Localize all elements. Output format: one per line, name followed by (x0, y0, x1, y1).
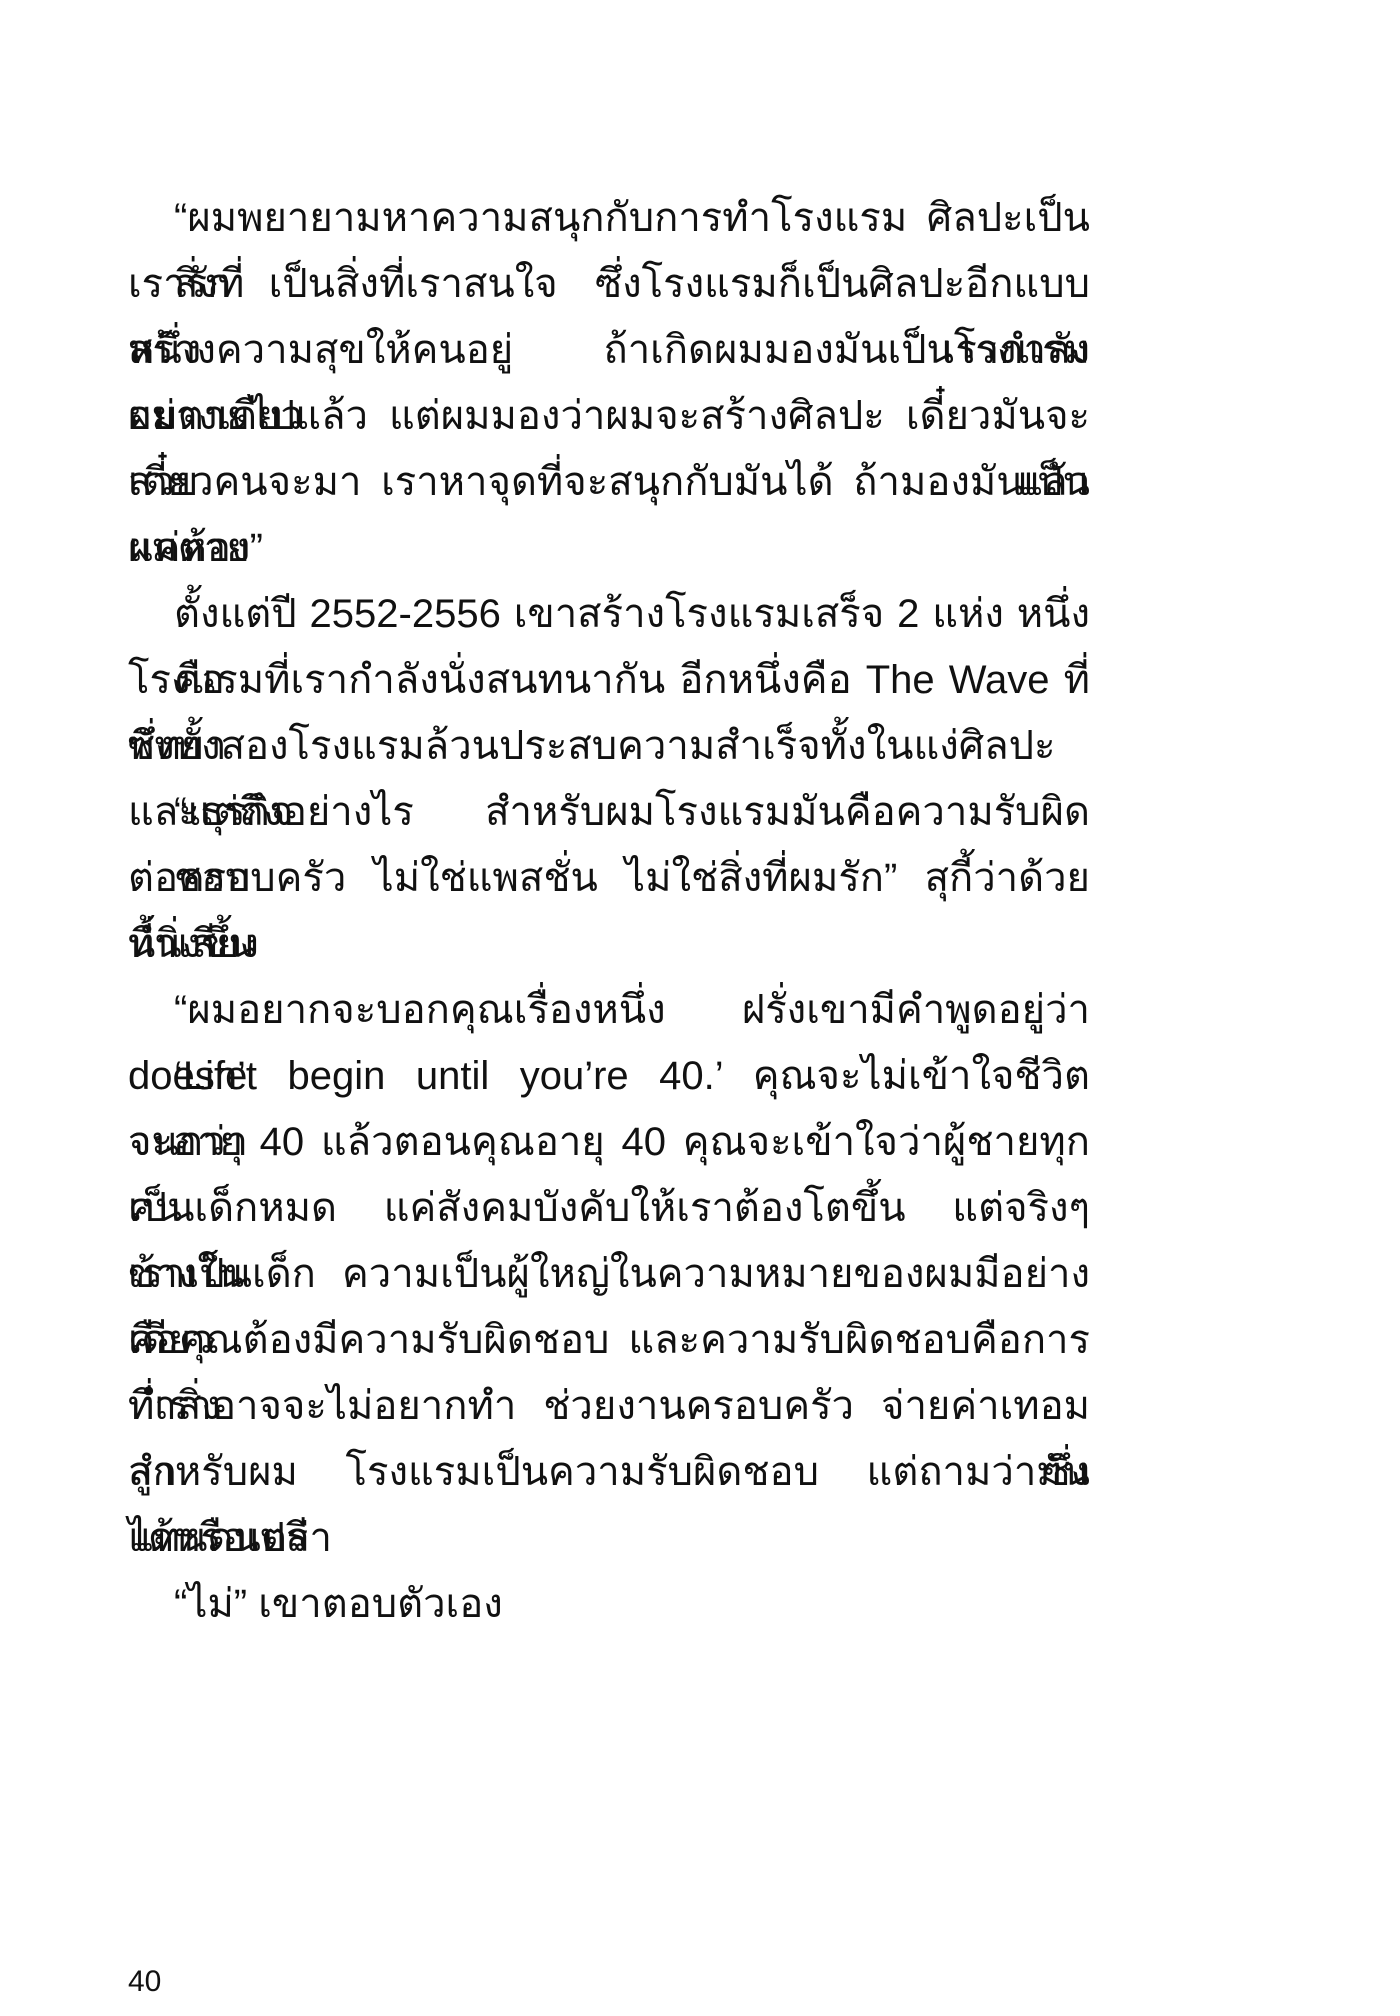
text-line: สำหรับผม โรงแรมเป็นความรับผิดชอบ แต่ถามว… (128, 1439, 1090, 1505)
text-line: ผมตายไปแล้ว แต่ผมมองว่าผมจะสร้างศิลปะ เด… (128, 383, 1090, 449)
text-line: ซึ่งทั้งสองโรงแรมล้วนประสบความสำเร็จทั้ง… (128, 713, 1090, 779)
text-line: เดี๋ยวคนจะมา เราหาจุดที่จะสนุกกับมันได้ … (128, 449, 1090, 515)
text-line: “แต่ถึงอย่างไร สำหรับผมโรงแรมมันคือความร… (128, 779, 1090, 845)
book-page: “ผมพยายามหาความสนุกกับการทำโรงแรม ศิลปะเ… (0, 0, 1400, 2016)
text-line: “ผมพยายามหาความสนุกกับการทำโรงแรม ศิลปะเ… (128, 185, 1090, 251)
text-line: “ไม่” เขาตอบตัวเอง (128, 1571, 1090, 1637)
text-line: สร้างความสุขให้คนอยู่ ถ้าเกิดผมมองมันเป็… (128, 317, 1090, 383)
text-line: โรงแรมที่เรากำลังนั่งสนทนากัน อีกหนึ่งคื… (128, 647, 1090, 713)
page-number: 40 (128, 1962, 161, 2002)
text-line: เป็นเด็กหมด แค่สังคมบังคับให้เราต้องโตขึ… (128, 1175, 1090, 1241)
text-line: จะอายุ 40 แล้วตอนคุณอายุ 40 คุณจะเข้าใจว… (128, 1109, 1090, 1175)
text-line: เรารัก เป็นสิ่งที่เราสนใจ ซึ่งโรงแรมก็เป… (128, 251, 1090, 317)
text-line: ที่เราอาจจะไม่อยากทำ ช่วยงานครอบครัว จ่า… (128, 1373, 1090, 1439)
text-line: คือคุณต้องมีความรับผิดชอบ และความรับผิดช… (128, 1307, 1090, 1373)
text-line: ได้หรือเปล่า (128, 1505, 1090, 1571)
text-line: ต่อครอบครัว ไม่ใช่แพสชั่น ไม่ใช่สิ่งที่ผ… (128, 845, 1090, 911)
text-line: ตั้งแต่ปี 2552-2556 เขาสร้างโรงแรมเสร็จ … (128, 581, 1090, 647)
text-line: เราเป็นเด็ก ความเป็นผู้ใหญ่ในความหมายของ… (128, 1241, 1090, 1307)
text-line: “ผมอยากจะบอกคุณเรื่องหนึ่ง ฝรั่งเขามีคำพ… (128, 977, 1090, 1043)
text-line: ที่นิ่งขึ้น (128, 911, 1090, 977)
body-text: “ผมพยายามหาความสนุกกับการทำโรงแรม ศิลปะเ… (128, 185, 1090, 1637)
text-line: ผมตาย” (128, 515, 1090, 581)
text-line: doesn’t begin until you’re 40.’ คุณจะไม่… (128, 1043, 1090, 1109)
